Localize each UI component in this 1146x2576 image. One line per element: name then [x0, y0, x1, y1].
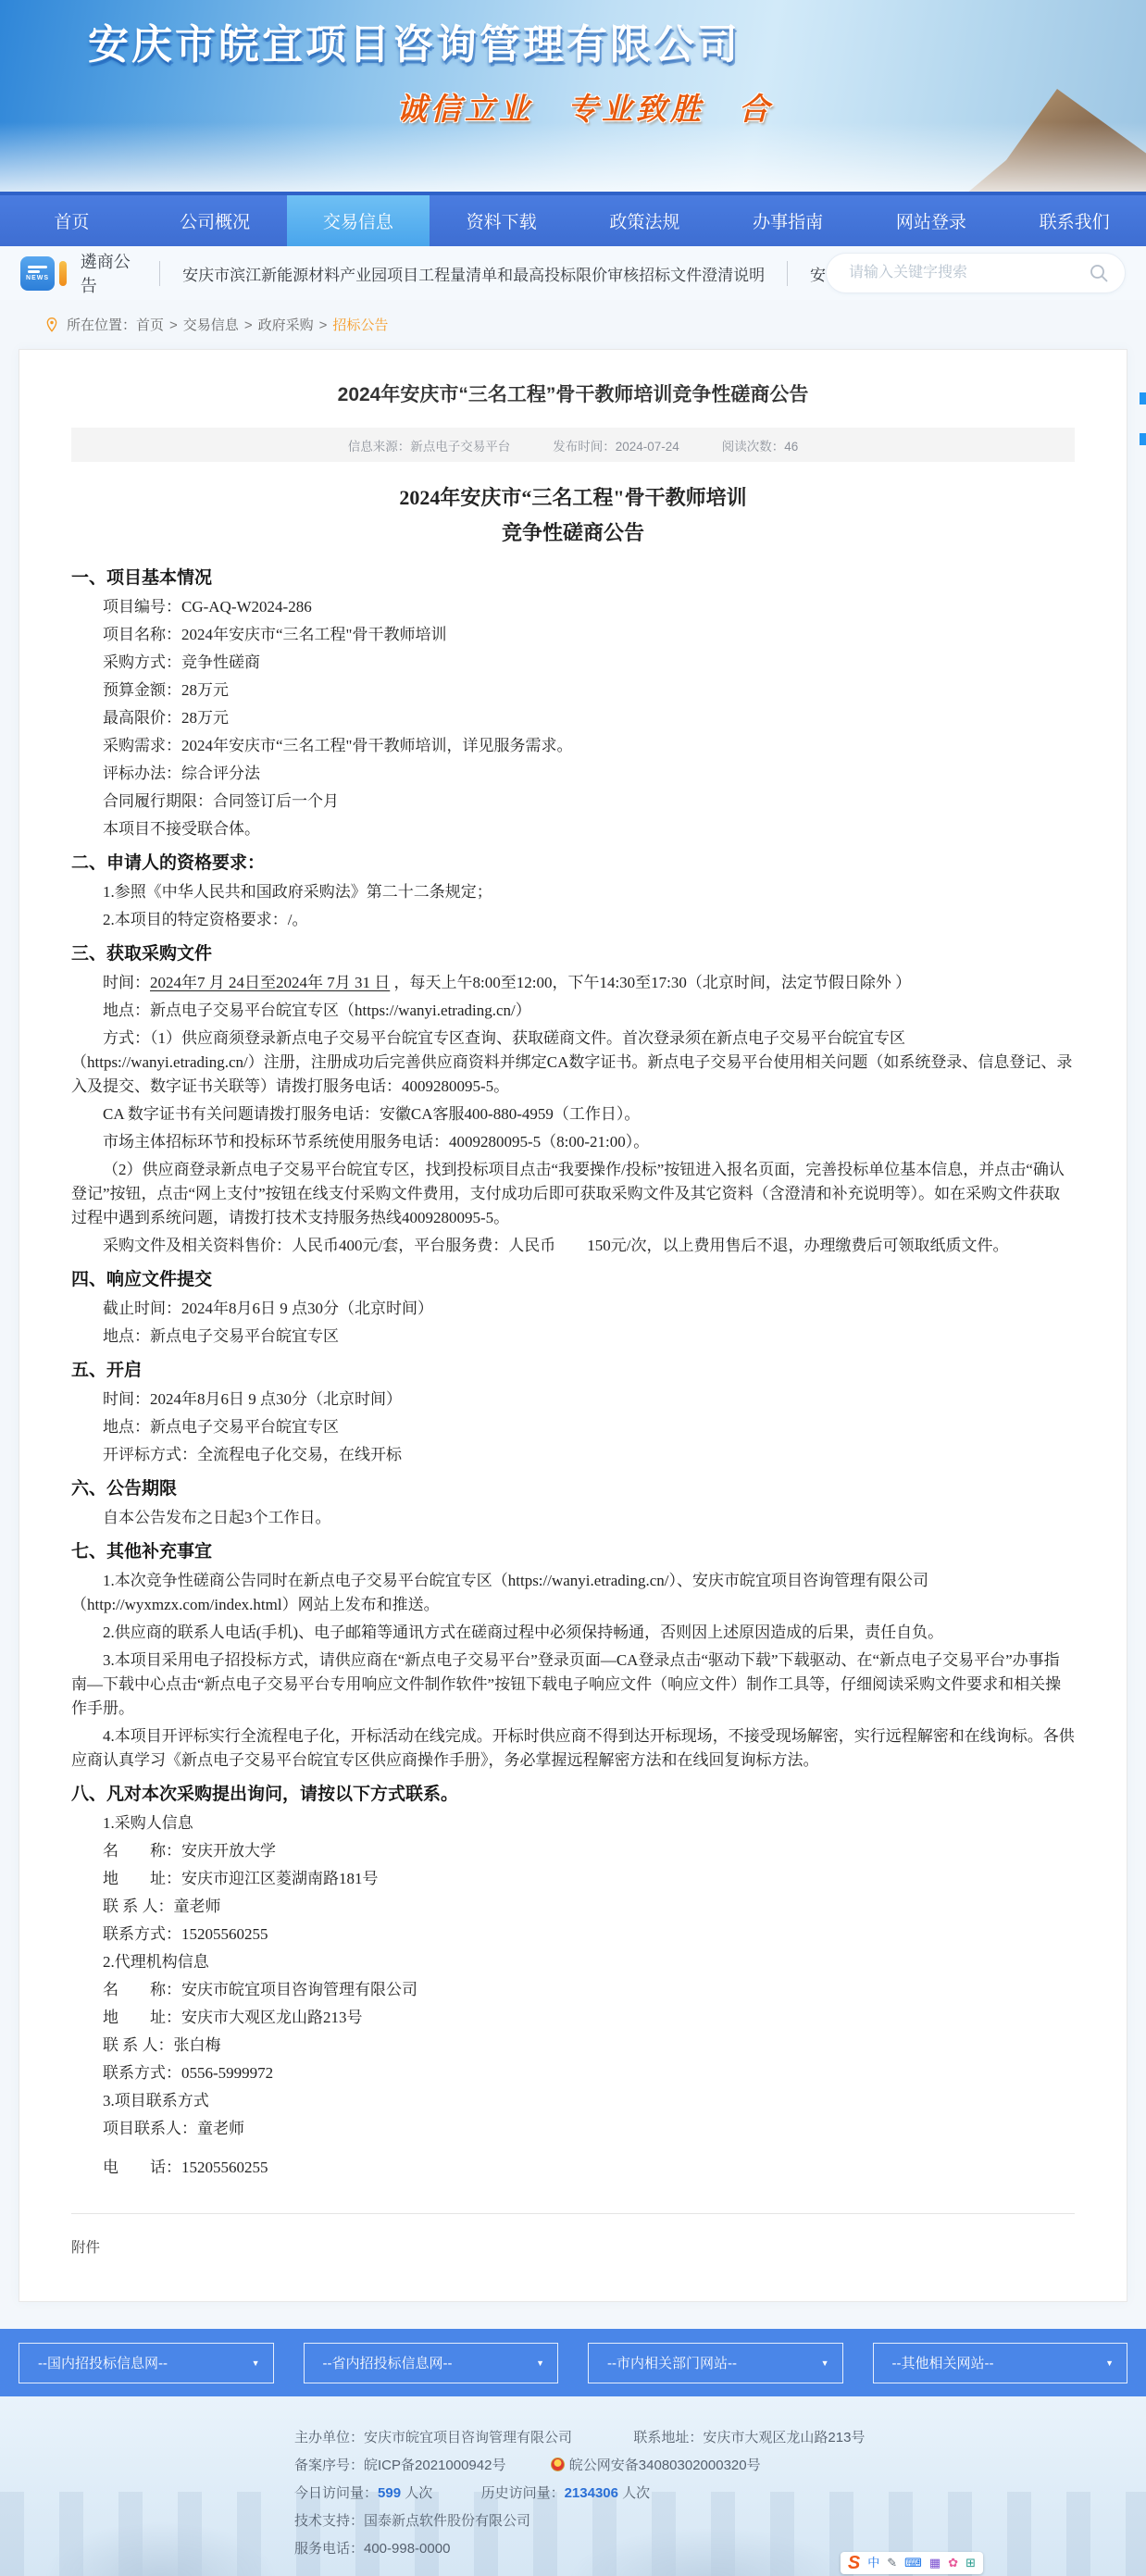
doc-paragraph: 地 址：安庆市迎江区菱湖南路181号 [71, 1867, 1075, 1891]
ticker-category: 遴商公告 [81, 249, 138, 297]
police-record-link[interactable]: 皖公网安备34080302000320号 [569, 2458, 761, 2473]
section-heading-5: 六、公告期限 [71, 1476, 1075, 1502]
doc-paragraph: 联 系 人：童老师 [71, 1895, 1075, 1919]
friend-links-band: --国内招投标信息网--▼--省内招投标信息网--▼--市内相关部门网站--▼-… [0, 2329, 1146, 2396]
doc-paragraph: 名 称：安庆市皖宜项目咨询管理有限公司 [71, 1978, 1075, 2002]
nav-item-company-profile[interactable]: 公司概况 [143, 195, 287, 246]
police-badge-icon [551, 2458, 565, 2471]
chevron-down-icon: ▼ [252, 2358, 260, 2368]
doc-paragraph: CA 数字证书有关问题请拨打服务电话：安徽CA客服400-880-4959（工作… [71, 1102, 1075, 1126]
breadcrumb: 所在位置： 首页>交易信息>政府采购>招标公告 [0, 300, 1146, 349]
section-heading-2: 三、获取采购文件 [71, 941, 1075, 967]
breadcrumb-item-3: 招标公告 [332, 317, 388, 333]
mist-graphic [0, 122, 1146, 192]
doc-paragraph: 地点：新点电子交易平台皖宜专区 [71, 1325, 1075, 1349]
section-heading-3: 四、响应文件提交 [71, 1267, 1075, 1293]
doc-paragraph: 自本公告发布之日起3个工作日。 [71, 1506, 1075, 1530]
doc-paragraph: 3.本项目采用电子招投标方式，请供应商在“新点电子交易平台”登录页面—CA登录点… [71, 1649, 1075, 1721]
doc-paragraph: 名 称：安庆开放大学 [71, 1839, 1075, 1863]
footer-select-label: --国内招投标信息网-- [38, 2353, 168, 2372]
doc-paragraph: （2）供应商登录新点电子交易平台皖宜专区，找到投标项目点击“我要操作/投标”按钮… [71, 1158, 1075, 1230]
news-icon-line [28, 270, 40, 273]
doc-paragraph: 2.供应商的联系人电话(手机)、电子邮箱等通讯方式在磋商过程中必须保持畅通，否则… [71, 1621, 1075, 1645]
ticker-next-item[interactable]: 安 [810, 262, 826, 285]
floating-widget-marker[interactable] [1140, 392, 1146, 404]
breadcrumb-separator: > [319, 317, 328, 333]
notice-ticker-bar: NEWS 遴商公告 安庆市滨江新能源材料产业园项目工程量清单和最高投标限价审核招… [0, 246, 1146, 300]
footer-icp-line: 备案序号：皖ICP备2021000942号 皖公网安备3408030200032… [294, 2452, 1146, 2480]
news-icon-line [28, 266, 47, 268]
ime-mode-icon[interactable]: 中 [867, 2553, 879, 2573]
doc-paragraph: 2.本项目的特定资格要求：/。 [71, 908, 1075, 932]
chevron-down-icon: ▼ [536, 2358, 544, 2368]
footer-select-province-bidding-sites[interactable]: --省内招投标信息网--▼ [304, 2343, 559, 2383]
footer-visits-line: 今日访问量：599 人次 历史访问量：2134306 人次 [294, 2480, 1146, 2508]
breadcrumb-separator: > [169, 317, 178, 333]
meta-source: 信息来源：新点电子交易平台 [348, 436, 511, 454]
chevron-down-icon: ▼ [1105, 2358, 1114, 2368]
doc-paragraph: 市场主体招标环节和投标环节系统使用服务电话：4009280095-5（8:00-… [71, 1130, 1075, 1154]
footer-select-other-sites[interactable]: --其他相关网站--▼ [873, 2343, 1128, 2383]
doc-paragraph: 预算金额：28万元 [71, 678, 1075, 703]
section-heading-4: 五、开启 [71, 1358, 1075, 1384]
document-title: 2024年安庆市“三名工程"骨干教师培训 竞争性磋商公告 [71, 480, 1075, 551]
breadcrumb-items: 首页>交易信息>政府采购>招标公告 [136, 315, 388, 334]
section-heading-7: 八、凡对本次采购提出询问，请按以下方式联系。 [71, 1782, 1075, 1808]
breadcrumb-label: 所在位置： [67, 315, 136, 334]
doc-paragraph: 地点：新点电子交易平台皖宜专区（https://wanyi.etrading.c… [71, 999, 1075, 1023]
flower-icon[interactable]: ✿ [948, 2553, 958, 2573]
footer-select-label: --市内相关部门网站-- [607, 2353, 737, 2372]
doc-paragraph: 时间：2024年8月6日 9 点30分（北京时间） [71, 1388, 1075, 1412]
main-nav: 首页公司概况交易信息资料下载政策法规办事指南网站登录联系我们 [0, 192, 1146, 246]
nav-item-policies[interactable]: 政策法规 [573, 195, 716, 246]
meta-bar: 信息来源：新点电子交易平台 发布时间：2024-07-24 阅读次数：46 [71, 428, 1075, 462]
floating-widget-marker[interactable] [1140, 433, 1146, 445]
site-slogan: 诚信立业 专业致胜 合 [396, 85, 773, 129]
grid-icon[interactable]: ▦ [929, 2553, 940, 2573]
location-pin-icon [44, 317, 59, 333]
document-body: 一、项目基本情况项目编号：CG-AQ-W2024-286项目名称：2024年安庆… [71, 566, 1075, 2180]
doc-paragraph: 时间：2024年7 月 24日至2024年 7月 31 日 ，每天上午8:00至… [71, 971, 1075, 995]
divider [71, 2213, 1075, 2214]
doc-paragraph: 项目联系人：童老师 [71, 2117, 1075, 2141]
search-icon[interactable] [1088, 262, 1110, 284]
site-banner: 安庆市皖宜项目咨询管理有限公司 诚信立业 专业致胜 合 [0, 0, 1146, 192]
doc-paragraph: 电 话：15205560255 [71, 2156, 1075, 2180]
footer-select-label: --其他相关网站-- [892, 2353, 994, 2372]
total-visits-count: 2134306 [565, 2485, 618, 2501]
doc-paragraph: 1.采购人信息 [71, 1811, 1075, 1836]
doc-paragraph: 1.本次竞争性磋商公告同时在新点电子交易平台皖宜专区（https://wanyi… [71, 1569, 1075, 1617]
doc-paragraph: 3.项目联系方式 [71, 2089, 1075, 2113]
chevron-down-icon: ▼ [821, 2358, 829, 2368]
doc-paragraph: 联 系 人：张白梅 [71, 2034, 1075, 2058]
ime-toolbar: S 中✎⌨▦✿⊞ [841, 2552, 983, 2574]
nav-item-service-guide[interactable]: 办事指南 [716, 195, 860, 246]
news-icon: NEWS [20, 256, 55, 291]
doc-paragraph: 采购文件及相关资料售价：人民币400元/套，平台服务费：人民币 150元/次，以… [71, 1234, 1075, 1258]
meta-view-count: 阅读次数：46 [722, 436, 799, 454]
today-visits-count: 599 [378, 2485, 401, 2501]
site-footer: 主办单位：安庆市皖宜项目咨询管理有限公司 联系地址：安庆市大观区龙山路213号 … [0, 2396, 1146, 2576]
doc-paragraph: 1.参照《中华人民共和国政府采购法》第二十二条规定； [71, 880, 1075, 904]
breadcrumb-separator: > [244, 317, 253, 333]
doc-paragraph: 4.本项目开评标实行全流程电子化，开标活动在线完成。开标时供应商不得到达开标现场… [71, 1724, 1075, 1773]
doc-paragraph: 项目名称：2024年安庆市“三名工程"骨干教师培训 [71, 623, 1075, 647]
divider [159, 261, 160, 286]
footer-host-line: 主办单位：安庆市皖宜项目咨询管理有限公司 联系地址：安庆市大观区龙山路213号 [294, 2424, 1146, 2452]
news-icon-text: NEWS [26, 275, 49, 281]
footer-phone-line: 服务电话：400-998-0000 [294, 2535, 1146, 2563]
doc-paragraph: 最高限价：28万元 [71, 706, 1075, 730]
doc-paragraph: 联系方式：15205560255 [71, 1923, 1075, 1947]
announcement-card: 2024年安庆市“三名工程”骨干教师培训竞争性磋商公告 信息来源：新点电子交易平… [19, 349, 1127, 2302]
breadcrumb-item-1[interactable]: 交易信息 [183, 317, 239, 333]
toolbox-icon[interactable]: ⊞ [965, 2553, 976, 2573]
nav-item-contact-us[interactable]: 联系我们 [1003, 195, 1146, 246]
doc-paragraph: 开评标方式：全流程电子化交易，在线开标 [71, 1443, 1075, 1467]
doc-paragraph: 采购方式：竞争性磋商 [71, 651, 1075, 675]
doc-paragraph: 地点：新点电子交易平台皖宜专区 [71, 1415, 1075, 1439]
search-input[interactable] [847, 264, 1088, 282]
nav-item-downloads[interactable]: 资料下载 [430, 195, 573, 246]
handwriting-icon[interactable]: ✎ [887, 2553, 897, 2573]
doc-paragraph: 地 址：安庆市大观区龙山路213号 [71, 2006, 1075, 2030]
site-title: 安庆市皖宜项目咨询管理有限公司 [88, 11, 741, 70]
doc-paragraph: 截止时间：2024年8月6日 9 点30分（北京时间） [71, 1297, 1075, 1321]
keyboard-icon[interactable]: ⌨ [904, 2553, 922, 2573]
nav-item-trade-info[interactable]: 交易信息 [287, 195, 430, 246]
divider [787, 261, 788, 286]
section-heading-1: 二、申请人的资格要求： [71, 851, 1075, 877]
doc-paragraph: 2.代理机构信息 [71, 1950, 1075, 1974]
breadcrumb-item-2[interactable]: 政府采购 [258, 317, 314, 333]
doc-paragraph: 采购需求：2024年安庆市“三名工程"骨干教师培训，详见服务需求。 [71, 734, 1075, 758]
doc-paragraph: 评标办法：综合评分法 [71, 762, 1075, 786]
doc-paragraph: 联系方式：0556-5999972 [71, 2061, 1075, 2085]
section-heading-6: 七、其他补充事宜 [71, 1539, 1075, 1565]
search-box [826, 253, 1126, 293]
doc-paragraph: 本项目不接受联合体。 [71, 817, 1075, 841]
doc-paragraph: 方式：（1）供应商须登录新点电子交易平台皖宜专区查询、获取磋商文件。首次登录须在… [71, 1027, 1075, 1099]
ticker-accent-bar [59, 261, 67, 286]
nav-item-site-login[interactable]: 网站登录 [860, 195, 1003, 246]
footer-select-city-departments[interactable]: --市内相关部门网站--▼ [588, 2343, 843, 2383]
nav-item-home[interactable]: 首页 [0, 195, 143, 246]
section-heading-0: 一、项目基本情况 [71, 566, 1075, 591]
doc-paragraph: 项目编号：CG-AQ-W2024-286 [71, 595, 1075, 619]
ticker-headline-link[interactable]: 安庆市滨江新能源材料产业园项目工程量清单和最高投标限价审核招标文件澄清说明 [182, 262, 765, 285]
ime-logo[interactable]: S [848, 2553, 860, 2573]
footer-tech-line: 技术支持：国泰新点软件股份有限公司 [294, 2508, 1146, 2535]
footer-select-label: --省内招投标信息网-- [323, 2353, 453, 2372]
document-title-line1: 2024年安庆市“三名工程"骨干教师培训 [71, 480, 1075, 516]
doc-paragraph: 合同履行期限：合同签订后一个月 [71, 790, 1075, 814]
document-title-line2: 竞争性磋商公告 [71, 516, 1075, 551]
attachment-label: 附件 [71, 2236, 1075, 2257]
footer-select-domestic-bidding-sites[interactable]: --国内招投标信息网--▼ [19, 2343, 274, 2383]
page-title: 2024年安庆市“三名工程”骨干教师培训竞争性磋商公告 [71, 381, 1075, 409]
breadcrumb-item-0[interactable]: 首页 [136, 317, 164, 333]
meta-publish-time: 发布时间：2024-07-24 [553, 436, 679, 454]
